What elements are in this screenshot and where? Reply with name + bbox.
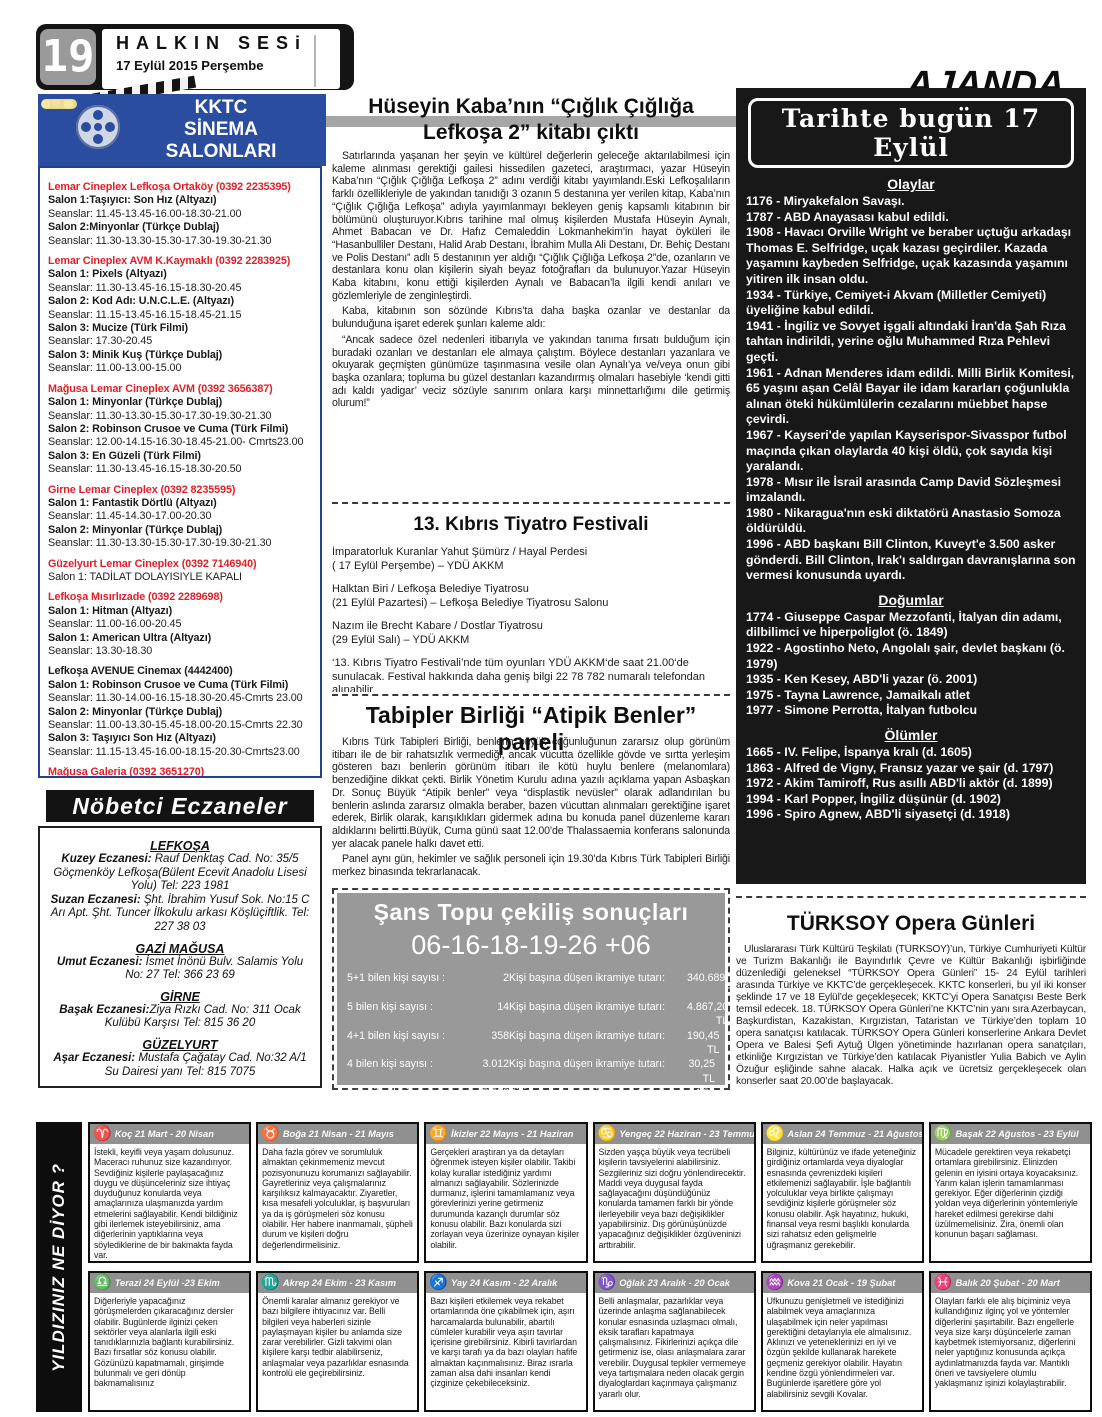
page-number: 19	[40, 29, 96, 85]
festival-note: ‘13. Kıbrıs Tiyatro Festivali’nde tüm oy…	[332, 657, 730, 692]
horoscope-sign-title: Boğa 21 Nisan - 21 Mayıs	[283, 1129, 394, 1139]
masthead: 19 HALKIN SESi 17 Eylül 2015 Perşembe	[36, 24, 354, 90]
cinema-line: Seanslar: 17.30-20.45	[48, 335, 312, 348]
pharmacy-name: Aşar Eczanesi:	[53, 1052, 135, 1064]
cinema-line: Lefkoşa Mısırlızade (0392 2289698)	[48, 591, 312, 604]
cinema-line: Salon 2: Kod Adı: U.N.C.L.E. (Altyazı)	[48, 295, 312, 308]
lottery-winner-count: 14	[459, 1000, 509, 1029]
lottery-winner-count: 3.012	[459, 1057, 509, 1086]
horoscope-text: Mücadele gerektiren veya rekabetçi ortam…	[931, 1144, 1090, 1243]
pharmacy-name: Suzan Eczanesi:	[51, 894, 141, 906]
zodiac-icon: ♊	[429, 1124, 448, 1144]
cinema-artwork	[38, 97, 124, 163]
cinema-line: Seanslar: 11.30-13.30-15.30-17.30-19.30-…	[48, 410, 312, 423]
cinema-line: Salon 3: Minik Kuş (Türkçe Dublaj)	[48, 349, 312, 362]
horoscope-sign-title: Yay 24 Kasım - 22 Aralık	[451, 1278, 557, 1288]
lottery-tier: 5 bilen kişi sayısı :	[347, 1000, 459, 1029]
lottery-winner-count: 8.258	[459, 1086, 509, 1115]
horoscope-sign-title: Aslan 24 Temmuz - 21 Ağustos	[787, 1129, 923, 1139]
lottery-prize-label: Kişi başına düşen ikramiye tutarı:	[509, 1000, 687, 1029]
horoscope-card: ♉ Boğa 21 Nisan - 21 Mayıs Daha fazla gö…	[256, 1122, 419, 1263]
pharmacy-entry: Suzan Eczanesi: Şht. İbrahim Yusuf Sok. …	[48, 894, 312, 935]
lottery-prize-amount: 190,45 TL	[687, 1029, 719, 1058]
cinema-line: Güzelyurt Lemar Cineplex (0392 7146940)	[48, 558, 312, 571]
horoscope-text: Belli anlaşmalar, pazarlıklar veya üzeri…	[595, 1293, 754, 1402]
horoscope-text: Diğerleriyle yapacağınız görüşmelerden ç…	[90, 1293, 249, 1392]
cinema-line: Seanslar: 11.30-13.30-15.30-17.30-19.30-…	[48, 537, 312, 550]
history-section: Doğumlar 1774 - Giuseppe Caspar Mezzofan…	[746, 592, 1076, 719]
history-item: 1863 - Alfred de Vigny, Fransız yazar ve…	[746, 761, 1076, 777]
horoscope-card: ♈ Koç 21 Mart - 20 Nisan İstekli, keyifl…	[88, 1122, 251, 1263]
horoscope-sign-title: Balık 20 Şubat - 20 Mart	[956, 1278, 1060, 1288]
history-item: 1908 - Havacı Orville Wright ve beraber …	[746, 225, 1076, 287]
horoscope-sign-title: Kova 21 Ocak - 19 Şubat	[787, 1278, 895, 1288]
zodiac-icon: ♉	[261, 1124, 280, 1144]
pharmacy-entry: Başak Eczanesi:Ziya Rızkı Cad. No: 311 O…	[48, 1004, 312, 1031]
history-item: 1922 - Agostinho Neto, Angolalı şair, de…	[746, 641, 1076, 672]
cinema-line: Salon 1: Hitman (Altyazı)	[48, 605, 312, 618]
history-item: 1996 - ABD başkanı Bill Clinton, Kuveyt'…	[746, 537, 1076, 584]
pharmacy-city: GİRNE	[48, 990, 312, 1004]
horoscope-text: Daha fazla görev ve sorumluluk almaktan …	[258, 1144, 417, 1253]
history-item: 1941 - İngiliz ve Sovyet işgali altındak…	[746, 319, 1076, 366]
history-item: 1961 - Adnan Menderes idam edildi. Milli…	[746, 366, 1076, 428]
lottery-prize-label: Kişi başına düşen ikramiye tutarı:	[509, 1086, 687, 1115]
horoscope-card-header: ♎ Terazi 24 Eylül -23 Ekim	[90, 1273, 249, 1293]
history-section-heading: Doğumlar	[746, 592, 1076, 608]
history-item: 1980 - Nikaragua'nın eski diktatörü Anas…	[746, 506, 1076, 537]
horoscope-text: Bazı kişileri etkilemek veya rekabet ort…	[426, 1293, 585, 1392]
history-item: 1774 - Giuseppe Caspar Mezzofanti, İtaly…	[746, 610, 1076, 641]
history-section: Olaylar 1176 - Miryakefalon Savaşı.1787 …	[746, 176, 1076, 584]
lottery-row: 5 bilen kişi sayısı : 14 Kişi başına düş…	[347, 1000, 715, 1029]
cinema-line: Seanslar: 11.45-13.45-16.00-18.30-21.00	[48, 208, 312, 221]
lottery-prize-amount: 30,25 TL	[687, 1057, 715, 1086]
cinema-line: Mağusa Lemar Cineplex AVM (0392 3656387)	[48, 383, 312, 396]
festival-show: İmparatorluk Kuranlar Yahut Şümürz / Hay…	[332, 546, 730, 573]
horoscope-text: Önemli karalar almanız gerekiyor ve bazı…	[258, 1293, 417, 1381]
cinema-line: Seanslar: 11.30-13.45-16.15-18.30-20.50	[48, 463, 312, 476]
lottery-prize-label: Kişi başına düşen ikramiye tutarı:	[509, 971, 687, 1000]
pharmacy-entries: Aşar Eczanesi: Mustafa Çağatay Cad. No:3…	[48, 1052, 312, 1079]
horoscope-card-header: ♌ Aslan 24 Temmuz - 21 Ağustos	[763, 1124, 922, 1144]
horoscope-card-header: ♍ Başak 22 Ağustos - 23 Eylül	[931, 1124, 1090, 1144]
cinema-line: Salon 3: Mucize (Türk Filmi)	[48, 322, 312, 335]
article1-paragraph: “Ancak sadece özel nedenleri itibarıyla …	[332, 334, 730, 410]
cinema-line: Seanslar: 11.15-13.45-16.00-18.15-20.30-…	[48, 746, 312, 759]
pharmacy-entries: Kuzey Eczanesi: Rauf Denktaş Cad. No: 35…	[48, 853, 312, 935]
pharmacy-group: GİRNE Başak Eczanesi:Ziya Rızkı Cad. No:…	[48, 990, 312, 1031]
pharmacy-entry: Aşar Eczanesi: Mustafa Çağatay Cad. No:3…	[48, 1052, 312, 1079]
cinema-line: Lemar Cineplex Lefkoşa Ortaköy (0392 223…	[48, 181, 312, 194]
festival-show-name: Nazım ile Brecht Kabare / Dostlar Tiyatr…	[332, 620, 730, 634]
horoscope-card: ♐ Yay 24 Kasım - 22 Aralık Bazı kişileri…	[424, 1271, 587, 1412]
zodiac-icon: ♎	[93, 1273, 112, 1293]
pharmacy-name: Umut Eczanesi:	[57, 956, 143, 968]
lottery-prize-amount: 14,00 TL	[687, 1086, 715, 1115]
pharmacy-address: İsmet İnönü Bulv. Salamis Yolu No: 27 Te…	[125, 956, 303, 982]
history-item: 1967 - Kayseri'de yapılan Kayserispor-Si…	[746, 428, 1076, 475]
cinema-line: Seanslar: 13.30-18.30	[48, 645, 312, 658]
horoscope-card: ♑ Oğlak 23 Aralık - 20 Ocak Belli anlaşm…	[593, 1271, 756, 1412]
pharmacy-entries: Umut Eczanesi: İsmet İnönü Bulv. Salamis…	[48, 956, 312, 983]
cinema-line: Seanslar: 11.30-14.00-16.15-18.30-20.45-…	[48, 692, 312, 705]
paper-date: 17 Eylül 2015 Perşembe	[116, 58, 330, 73]
festival-show: Halktan Biri / Lefkoşa Belediye Tiyatros…	[332, 583, 730, 610]
history-item: 1787 - ABD Anayasası kabul edildi.	[746, 210, 1076, 226]
popcorn-icon	[44, 107, 74, 147]
article1-paragraph: Kaba, kitabının son sözünde Kıbrıs’ta da…	[332, 305, 730, 330]
cinema-listings: Lemar Cineplex Lefkoşa Ortaköy (0392 223…	[38, 166, 322, 778]
masthead-divider	[314, 35, 316, 87]
festival-show-name: Halktan Biri / Lefkoşa Belediye Tiyatros…	[332, 583, 730, 597]
festival-title: 13. Kıbrıs Tiyatro Festivali	[332, 514, 730, 536]
history-item: 1994 - Karl Popper, İngiliz düşünür (d. …	[746, 792, 1076, 808]
history-title: Tarihte bugün 17 Eylül	[748, 98, 1074, 168]
article1-title-line2: Lefkoşa 2” kitabı çıktı	[332, 120, 730, 146]
lottery-prize-label: Kişi başına düşen ikramiye tutarı:	[509, 1057, 687, 1086]
separator	[332, 694, 730, 696]
cinema-line: Salon 1:Taşıyıcı: Son Hız (Altyazı)	[48, 194, 312, 207]
history-items: 1774 - Giuseppe Caspar Mezzofanti, İtaly…	[746, 610, 1076, 719]
horoscope-card: ♋ Yengeç 22 Haziran - 23 Temmuz Sizden y…	[593, 1122, 756, 1263]
horoscope-sign-title: Koç 21 Mart - 20 Nisan	[115, 1129, 214, 1139]
horoscope-text: İstekli, keyifli veya yaşam dolusunuz. M…	[90, 1144, 249, 1263]
history-item: 1935 - Ken Kesey, ABD'li yazar (ö. 2001)	[746, 672, 1076, 688]
horoscope-grid: ♈ Koç 21 Mart - 20 Nisan İstekli, keyifl…	[88, 1122, 1092, 1412]
lottery-prize-amount: 4.867,20 TL	[687, 1000, 728, 1029]
lottery-prize-amount: 340.689,75 TL	[687, 971, 740, 1000]
cinema-line: Girne Lemar Cineplex (0392 8235595)	[48, 484, 312, 497]
panel-paragraph: Kıbrıs Türk Tabipleri Birliği, benlerin …	[332, 736, 730, 850]
cinema-title-line: SİNEMA	[124, 119, 318, 141]
history-box: Tarihte bugün 17 Eylül Olaylar 1176 - Mi…	[736, 88, 1086, 884]
pharmacy-group: GÜZELYURT Aşar Eczanesi: Mustafa Çağatay…	[48, 1038, 312, 1079]
lottery-prize-label: Kişi başına düşen ikramiye tutarı:	[509, 1029, 687, 1058]
history-item: 1975 - Tayna Lawrence, Jamaikalı atlet	[746, 688, 1076, 704]
horoscope-card: ♒ Kova 21 Ocak - 19 Şubat Ufkunuzu geniş…	[761, 1271, 924, 1412]
zodiac-icon: ♍	[934, 1124, 953, 1144]
lottery-row: 3+1 bilen kişi sayısı : 8.258 Kişi başın…	[347, 1086, 715, 1115]
history-section-heading: Olaylar	[746, 176, 1076, 192]
panel-article-body: Kıbrıs Türk Tabipleri Birliği, benlerin …	[332, 736, 730, 884]
horoscope-card-header: ♐ Yay 24 Kasım - 22 Aralık	[426, 1273, 585, 1293]
lottery-inner: Şans Topu çekiliş sonuçları 06-16-18-19-…	[337, 893, 725, 1085]
horoscope-text: Bilginiz, kültürünüz ve ifade yeteneğini…	[763, 1144, 922, 1253]
horoscope-strip: YILDIZINIZ NE DİYOR ?	[36, 1122, 82, 1412]
cinema-line: Mağusa Galeria (0392 3651270)	[48, 766, 312, 778]
article1-title: Hüseyin Kaba’nın “Çığlık Çığlığa Lefkoşa…	[332, 94, 730, 146]
history-items: 1665 - IV. Felipe, İspanya kralı (d. 160…	[746, 745, 1076, 823]
separator	[736, 896, 1086, 898]
zodiac-icon: ♋	[598, 1124, 617, 1144]
cinema-line: Salon 2: Robinson Crusoe ve Cuma (Türk F…	[48, 423, 312, 436]
horoscope-text: Sizden yaşça büyük veya tecrübeli kişile…	[595, 1144, 754, 1253]
pharmacy-entry: Umut Eczanesi: İsmet İnönü Bulv. Salamis…	[48, 956, 312, 983]
cinema-line: Salon 2: Minyonlar (Türkçe Dublaj)	[48, 524, 312, 537]
pharmacy-group: LEFKOŞA Kuzey Eczanesi: Rauf Denktaş Cad…	[48, 839, 312, 935]
festival-show-name: İmparatorluk Kuranlar Yahut Şümürz / Hay…	[332, 546, 730, 560]
history-item: 1996 - Spiro Agnew, ABD'li siyasetçi (d.…	[746, 807, 1076, 823]
horoscope-sign-title: Başak 22 Ağustos - 23 Eylül	[956, 1129, 1079, 1139]
cinema-line: Salon 3: Taşıyıcı Son Hız (Altyazı)	[48, 732, 312, 745]
cinema-title-line: SALONLARI	[124, 141, 318, 163]
history-section-heading: Ölümler	[746, 727, 1076, 743]
cinema-line: Seanslar: 12.00-14.15-16.30-18.45-21.00-…	[48, 436, 312, 449]
cinema-line: Seanslar: 11.00-13.30-15.45-18.00-20.15-…	[48, 719, 312, 732]
pharmacy-city: GAZİ MAĞUSA	[48, 942, 312, 956]
pharmacies-ribbon: Nöbetci Eczaneler	[46, 790, 314, 822]
horoscope-card-header: ♑ Oğlak 23 Aralık - 20 Ocak	[595, 1273, 754, 1293]
horoscope-sign-title: Oğlak 23 Aralık - 20 Ocak	[619, 1278, 730, 1288]
cinema-line: Salon 1: TADİLAT DOLAYISIYLE KAPALI	[48, 571, 312, 584]
pharmacy-name: Kuzey Eczanesi:	[61, 853, 151, 865]
cinema-header: KKTCSİNEMASALONLARI	[38, 94, 326, 166]
cinema-line: Lefkoşa AVENUE Cinemax (4442400)	[48, 665, 312, 678]
zodiac-icon: ♐	[429, 1273, 448, 1293]
pharmacy-entries: Başak Eczanesi:Ziya Rızkı Cad. No: 311 O…	[48, 1004, 312, 1031]
film-reel-icon	[74, 103, 122, 156]
cinema-line: Seanslar: 11.30-13.45-16.15-18.30-20.45	[48, 282, 312, 295]
festival-show-date: ( 17 Eylül Perşembe) – YDÜ AKKM	[332, 560, 730, 574]
history-item: 1934 - Türkiye, Cemiyet-i Akvam (Milletl…	[746, 288, 1076, 319]
history-content: Olaylar 1176 - Miryakefalon Savaşı.1787 …	[746, 176, 1076, 823]
zodiac-icon: ♌	[766, 1124, 785, 1144]
lottery-row: 5+1 bilen kişi sayısı : 2 Kişi başına dü…	[347, 971, 715, 1000]
masthead-panel: HALKIN SESi 17 Eylül 2015 Perşembe	[102, 29, 340, 89]
cinema-line: Salon 1: Minyonlar (Türkçe Dublaj)	[48, 396, 312, 409]
history-item: 1972 - Akim Tamiroff, Rus asıllı ABD'li …	[746, 776, 1076, 792]
horoscope-card: ♍ Başak 22 Ağustos - 23 Eylül Mücadele g…	[929, 1122, 1092, 1263]
horoscope-sign-title: Yengeç 22 Haziran - 23 Temmuz	[619, 1129, 755, 1139]
cinema-line: Salon 1: American Ultra (Altyazı)	[48, 632, 312, 645]
horoscope-card: ♌ Aslan 24 Temmuz - 21 Ağustos Bilginiz,…	[761, 1122, 924, 1263]
article1-title-line1: Hüseyin Kaba’nın “Çığlık Çığlığa	[332, 94, 730, 120]
lottery-tier: 5+1 bilen kişi sayısı :	[347, 971, 459, 1000]
festival-show: Nazım ile Brecht Kabare / Dostlar Tiyatr…	[332, 620, 730, 647]
article1-paragraph: Satırlarında yaşanan her şeyin ve kültür…	[332, 150, 730, 302]
lottery-numbers: 06-16-18-19-26 +06	[347, 930, 715, 961]
horoscope-sign-title: İkizler 22 Mayıs - 21 Haziran	[451, 1129, 573, 1139]
horoscope-card-header: ♓ Balık 20 Şubat - 20 Mart	[931, 1273, 1090, 1293]
lottery-tier: 4 bilen kişi sayısı :	[347, 1057, 459, 1086]
horoscope-strip-title: YILDIZINIZ NE DİYOR ?	[49, 1163, 69, 1372]
zodiac-icon: ♓	[934, 1273, 953, 1293]
lottery-title: Şans Topu çekiliş sonuçları	[347, 899, 715, 926]
cinema-line: Seanslar: 11.15-13.45-16.15-18.45-21.15	[48, 309, 312, 322]
cinema-line: Seanslar: 11.30-13.30-15.30-17.30-19.30-…	[48, 235, 312, 248]
cinema-title: KKTCSİNEMASALONLARI	[124, 97, 326, 163]
cinema-line: Seanslar: 11.00-16.00-20.45	[48, 618, 312, 631]
horoscope-card-header: ♉ Boğa 21 Nisan - 21 Mayıs	[258, 1124, 417, 1144]
horoscope-card-header: ♏ Akrep 24 Ekim - 23 Kasım	[258, 1273, 417, 1293]
history-item: 1978 - Mısır ile İsrail arasında Camp Da…	[746, 475, 1076, 506]
lottery-tier: 3+1 bilen kişi sayısı :	[347, 1086, 459, 1115]
pharmacy-city: LEFKOŞA	[48, 839, 312, 853]
horoscope-card: ♎ Terazi 24 Eylül -23 Ekim Diğerleriyle …	[88, 1271, 251, 1412]
cinema-line: Seanslar: 11.45-14.30-17.00-20.30	[48, 510, 312, 523]
article1-body: Satırlarında yaşanan her şeyin ve kültür…	[332, 150, 730, 500]
pharmacy-city: GÜZELYURT	[48, 1038, 312, 1052]
horoscope-card-header: ♋ Yengeç 22 Haziran - 23 Temmuz	[595, 1124, 754, 1144]
opera-body: Uluslararası Türk Kültürü Teşkilatı (TÜR…	[736, 944, 1086, 1094]
horoscope-card-header: ♊ İkizler 22 Mayıs - 21 Haziran	[426, 1124, 585, 1144]
horoscope-text: Olayları farklı ele alış biçiminiz veya …	[931, 1293, 1090, 1392]
cinema-title-line: KKTC	[124, 97, 318, 119]
lottery-winner-count: 358	[459, 1029, 509, 1058]
zodiac-icon: ♒	[766, 1273, 785, 1293]
festival-show-date: (29 Eylül Salı) – YDÜ AKKM	[332, 634, 730, 648]
newspaper-page: 19 HALKIN SESi 17 Eylül 2015 Perşembe AJ…	[0, 0, 1102, 1417]
lottery-winner-count: 2	[459, 971, 509, 1000]
history-item: 1176 - Miryakefalon Savaşı.	[746, 194, 1076, 210]
cinema-line: Salon 2: Minyonlar (Türkçe Dublaj)	[48, 706, 312, 719]
lottery-row: 4+1 bilen kişi sayısı : 358 Kişi başına …	[347, 1029, 715, 1058]
cinema-line: Lemar Cineplex AVM K.Kaymaklı (0392 2283…	[48, 255, 312, 268]
lottery-box: Şans Topu çekiliş sonuçları 06-16-18-19-…	[332, 888, 730, 1090]
paper-name: HALKIN SESi	[116, 33, 330, 54]
cinema-line: Salon 2:Minyonlar (Türkçe Dublaj)	[48, 221, 312, 234]
cinema-line: Salon 3: En Güzeli (Türk Filmi)	[48, 450, 312, 463]
opera-title: TÜRKSOY Opera Günleri	[736, 912, 1086, 936]
pharmacy-group: GAZİ MAĞUSA Umut Eczanesi: İsmet İnönü B…	[48, 942, 312, 983]
horoscope-card: ♏ Akrep 24 Ekim - 23 Kasım Önemli karala…	[256, 1271, 419, 1412]
festival-show-date: (21 Eylül Pazartesi) – Lefkoşa Belediye …	[332, 597, 730, 611]
history-section: Ölümler 1665 - IV. Felipe, İspanya kralı…	[746, 727, 1076, 823]
horoscope-card: ♓ Balık 20 Şubat - 20 Mart Olayları fark…	[929, 1271, 1092, 1412]
cinema-line: Seanslar: 11.00-13.00-15.00	[48, 362, 312, 375]
festival-body: İmparatorluk Kuranlar Yahut Şümürz / Hay…	[332, 546, 730, 692]
festival-shows: İmparatorluk Kuranlar Yahut Şümürz / Hay…	[332, 546, 730, 647]
pharmacy-address: Mustafa Çağatay Cad. No:32 A/1 Su Daires…	[105, 1052, 307, 1078]
pharmacy-name: Başak Eczanesi:	[59, 1004, 149, 1016]
horoscope-text: Gerçekleri araştıran ya da detayları öğr…	[426, 1144, 585, 1253]
pharmacy-entry: Kuzey Eczanesi: Rauf Denktaş Cad. No: 35…	[48, 853, 312, 894]
panel-paragraph: Panel aynı gün, hekimler ve sağlık perso…	[332, 853, 730, 878]
separator	[332, 502, 730, 504]
lottery-row: 4 bilen kişi sayısı : 3.012 Kişi başına …	[347, 1057, 715, 1086]
horoscope-card-header: ♈ Koç 21 Mart - 20 Nisan	[90, 1124, 249, 1144]
horoscope-sign-title: Akrep 24 Ekim - 23 Kasım	[283, 1278, 396, 1288]
horoscope-card: ♊ İkizler 22 Mayıs - 21 Haziran Gerçekle…	[424, 1122, 587, 1263]
horoscope-text: Ufkunuzu genişletmeli ve istediğinizi al…	[763, 1293, 922, 1402]
pharmacies-box: LEFKOŞA Kuzey Eczanesi: Rauf Denktaş Cad…	[38, 826, 322, 1088]
history-items: 1176 - Miryakefalon Savaşı.1787 - ABD An…	[746, 194, 1076, 584]
cinema-line: Salon 1: Fantastik Dörtlü (Altyazı)	[48, 497, 312, 510]
zodiac-icon: ♑	[598, 1273, 617, 1293]
cinema-line: Salon 1: Pixels (Altyazı)	[48, 268, 312, 281]
zodiac-icon: ♈	[93, 1124, 112, 1144]
cinema-line: Salon 1: Robinson Crusoe ve Cuma (Türk F…	[48, 679, 312, 692]
history-item: 1977 - Simone Perrotta, İtalyan futbolcu	[746, 703, 1076, 719]
lottery-tier: 4+1 bilen kişi sayısı :	[347, 1029, 459, 1058]
horoscope-card-header: ♒ Kova 21 Ocak - 19 Şubat	[763, 1273, 922, 1293]
history-item: 1665 - IV. Felipe, İspanya kralı (d. 160…	[746, 745, 1076, 761]
zodiac-icon: ♏	[261, 1273, 280, 1293]
horoscope-sign-title: Terazi 24 Eylül -23 Ekim	[115, 1278, 220, 1288]
